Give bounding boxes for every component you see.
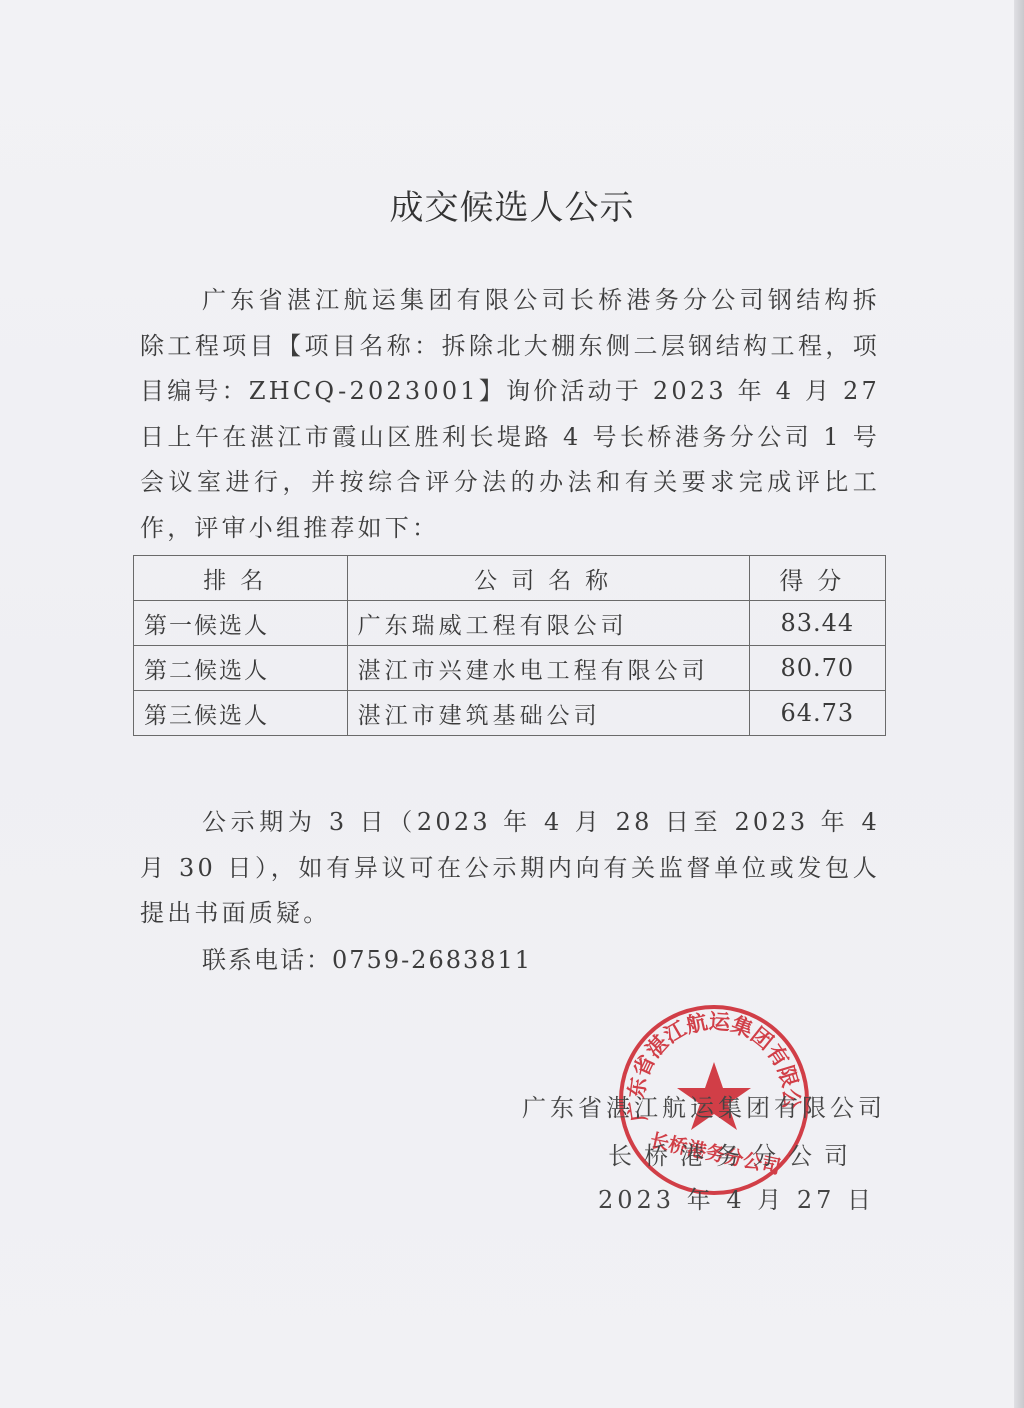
notice-paragraph: 公示期为 3 日（2023 年 4 月 28 日至 2023 年 4 月 30 … <box>140 800 880 937</box>
signature-branch: 长桥港务分公司 <box>608 1136 1008 1171</box>
score-cell: 83.44 <box>749 601 885 646</box>
header-company: 公司名称 <box>347 556 749 601</box>
candidate-table: 排名 公司名称 得分 第一候选人 广东瑞威工程有限公司 83.44 第二候选人 … <box>133 555 886 736</box>
header-rank: 排名 <box>134 556 348 601</box>
table-row: 第二候选人 湛江市兴建水电工程有限公司 80.70 <box>134 646 886 691</box>
table-header-row: 排名 公司名称 得分 <box>134 556 886 601</box>
document-page: 成交候选人公示 广东省湛江航运集团有限公司长桥港务分公司钢结构拆除工程项目【项目… <box>0 0 1024 1408</box>
rank-cell: 第二候选人 <box>134 646 348 691</box>
score-cell: 64.73 <box>749 691 885 736</box>
signature-date: 2023 年 4 月 27 日 <box>598 1180 998 1215</box>
table-row: 第一候选人 广东瑞威工程有限公司 83.44 <box>134 601 886 646</box>
company-cell: 湛江市兴建水电工程有限公司 <box>347 646 749 691</box>
company-cell: 广东瑞威工程有限公司 <box>347 601 749 646</box>
rank-cell: 第三候选人 <box>134 691 348 736</box>
company-cell: 湛江市建筑基础公司 <box>347 691 749 736</box>
rank-cell: 第一候选人 <box>134 601 348 646</box>
document-title: 成交候选人公示 <box>0 180 1024 229</box>
intro-paragraph: 广东省湛江航运集团有限公司长桥港务分公司钢结构拆除工程项目【项目名称：拆除北大棚… <box>140 278 880 551</box>
score-cell: 80.70 <box>749 646 885 691</box>
contact-phone: 联系电话：0759-2683811 <box>202 940 532 975</box>
table-row: 第三候选人 湛江市建筑基础公司 64.73 <box>134 691 886 736</box>
signature-org: 广东省湛江航运集团有限公司 <box>522 1088 922 1123</box>
header-score: 得分 <box>749 556 885 601</box>
